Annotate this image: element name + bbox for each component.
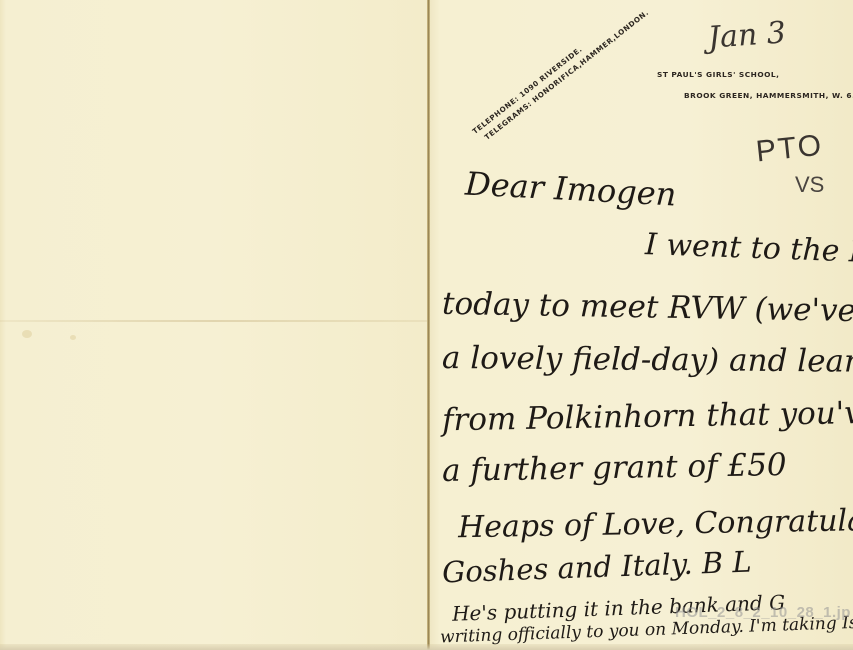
paper-spot: [70, 335, 76, 340]
paper-spot: [22, 330, 32, 338]
letter-line: a further grant of £50: [442, 447, 787, 489]
letter-scan: TELEPHONE: 1090 RIVERSIDE. TELEGRAMS: HO…: [0, 0, 853, 650]
pto-annotation: PTO: [754, 129, 824, 170]
horizontal-crease: [0, 320, 428, 322]
letter-line: Heaps of Love, Congratulations,: [458, 502, 853, 546]
paper-bottom-edge: [0, 644, 853, 650]
letterhead-address: BROOK GREEN, HAMMERSMITH, W. 6.: [684, 91, 853, 100]
file-watermark: HOL_2_8_2_10_28_1.jp: [675, 604, 851, 621]
letter-line: from Polkinhorn that you've got: [442, 394, 853, 439]
initials-annotation: VS: [795, 172, 824, 198]
letterhead-school: ST PAUL'S GIRLS' SCHOOL,: [657, 70, 779, 79]
letter-date: Jan 3: [707, 15, 787, 55]
left-page-blank: [0, 0, 428, 650]
letter-line: a lovely field-day) and learnt: [442, 340, 853, 380]
